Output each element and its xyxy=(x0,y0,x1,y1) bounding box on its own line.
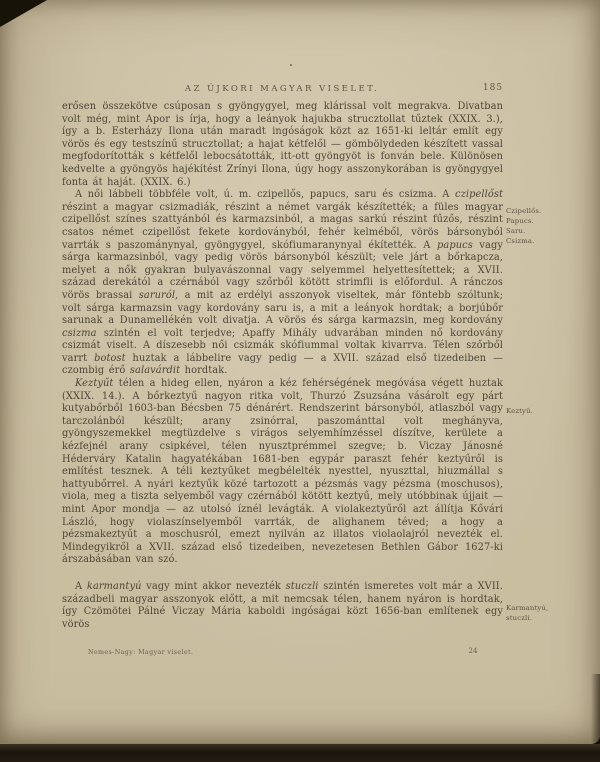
paragraph: A női lábbeli többféle volt, ú. m. czipe… xyxy=(62,189,503,378)
margin-note-line: stuczli. xyxy=(506,613,590,623)
footer-signature: Nemes-Nagy: Magyar viselet. xyxy=(88,649,193,656)
book-bottom-edge xyxy=(0,744,600,762)
italic-term: saruról, xyxy=(139,290,179,301)
text-run: huztak a lábbelire vagy pedig — a XVII. … xyxy=(62,353,503,377)
text-run: A xyxy=(75,581,87,592)
italic-term: salavárdit xyxy=(130,365,180,376)
italic-term: papucs xyxy=(437,240,473,251)
italic-term: csizma xyxy=(62,328,97,339)
page-edge-shadow xyxy=(591,674,600,744)
margin-note: Karmantyú,stuczli. xyxy=(506,603,590,623)
book-page: AZ ÚJKORI MAGYAR VISELET. 185 erősen öss… xyxy=(0,0,600,744)
margin-note-line: Saru. xyxy=(506,226,590,236)
text-run: télen a hideg ellen, nyáron a kéz fehérs… xyxy=(62,378,503,565)
margin-note-line: Czipellős. xyxy=(506,206,590,216)
margin-note-line: Csizma. xyxy=(506,236,590,246)
scan-speck xyxy=(290,64,292,66)
page-corner-fold-shadow xyxy=(0,0,47,27)
margin-note-line: Karmantyú, xyxy=(506,603,590,613)
text-run: A női lábbeli többféle volt, ú. m. czipe… xyxy=(75,189,455,200)
body-paragraphs: erősen összekötve csúposan s gyöngygyel,… xyxy=(62,101,503,631)
margin-note-line: Keztyű. xyxy=(506,406,590,416)
italic-term: Keztyűt xyxy=(75,378,113,389)
margin-note: Czipellős.Papucs.Saru.Csizma. xyxy=(506,206,590,246)
text-run: erősen összekötve csúposan s gyöngygyel,… xyxy=(62,101,503,188)
text-run: hordtak. xyxy=(180,365,227,376)
running-header-title: AZ ÚJKORI MAGYAR VISELET. xyxy=(62,84,502,94)
paragraph: A karmantyú vagy mint akkor nevezték stu… xyxy=(62,581,503,631)
margin-note: Keztyű. xyxy=(506,406,590,416)
scanned-book-page: AZ ÚJKORI MAGYAR VISELET. 185 erősen öss… xyxy=(0,0,600,762)
italic-term: botost xyxy=(94,353,126,364)
italic-term: czipellőst xyxy=(455,189,503,200)
footer-sheet-number: 24 xyxy=(462,646,484,655)
page-number: 185 xyxy=(478,83,508,93)
paragraph: erősen összekötve csúposan s gyöngygyel,… xyxy=(62,101,503,189)
italic-term: stuczli xyxy=(286,581,319,592)
italic-term: karmantyú xyxy=(87,581,142,592)
margin-note-line: Papucs. xyxy=(506,216,590,226)
text-run: vagy mint akkor nevezték xyxy=(142,581,286,592)
paragraph: Keztyűt télen a hideg ellen, nyáron a ké… xyxy=(62,378,503,567)
